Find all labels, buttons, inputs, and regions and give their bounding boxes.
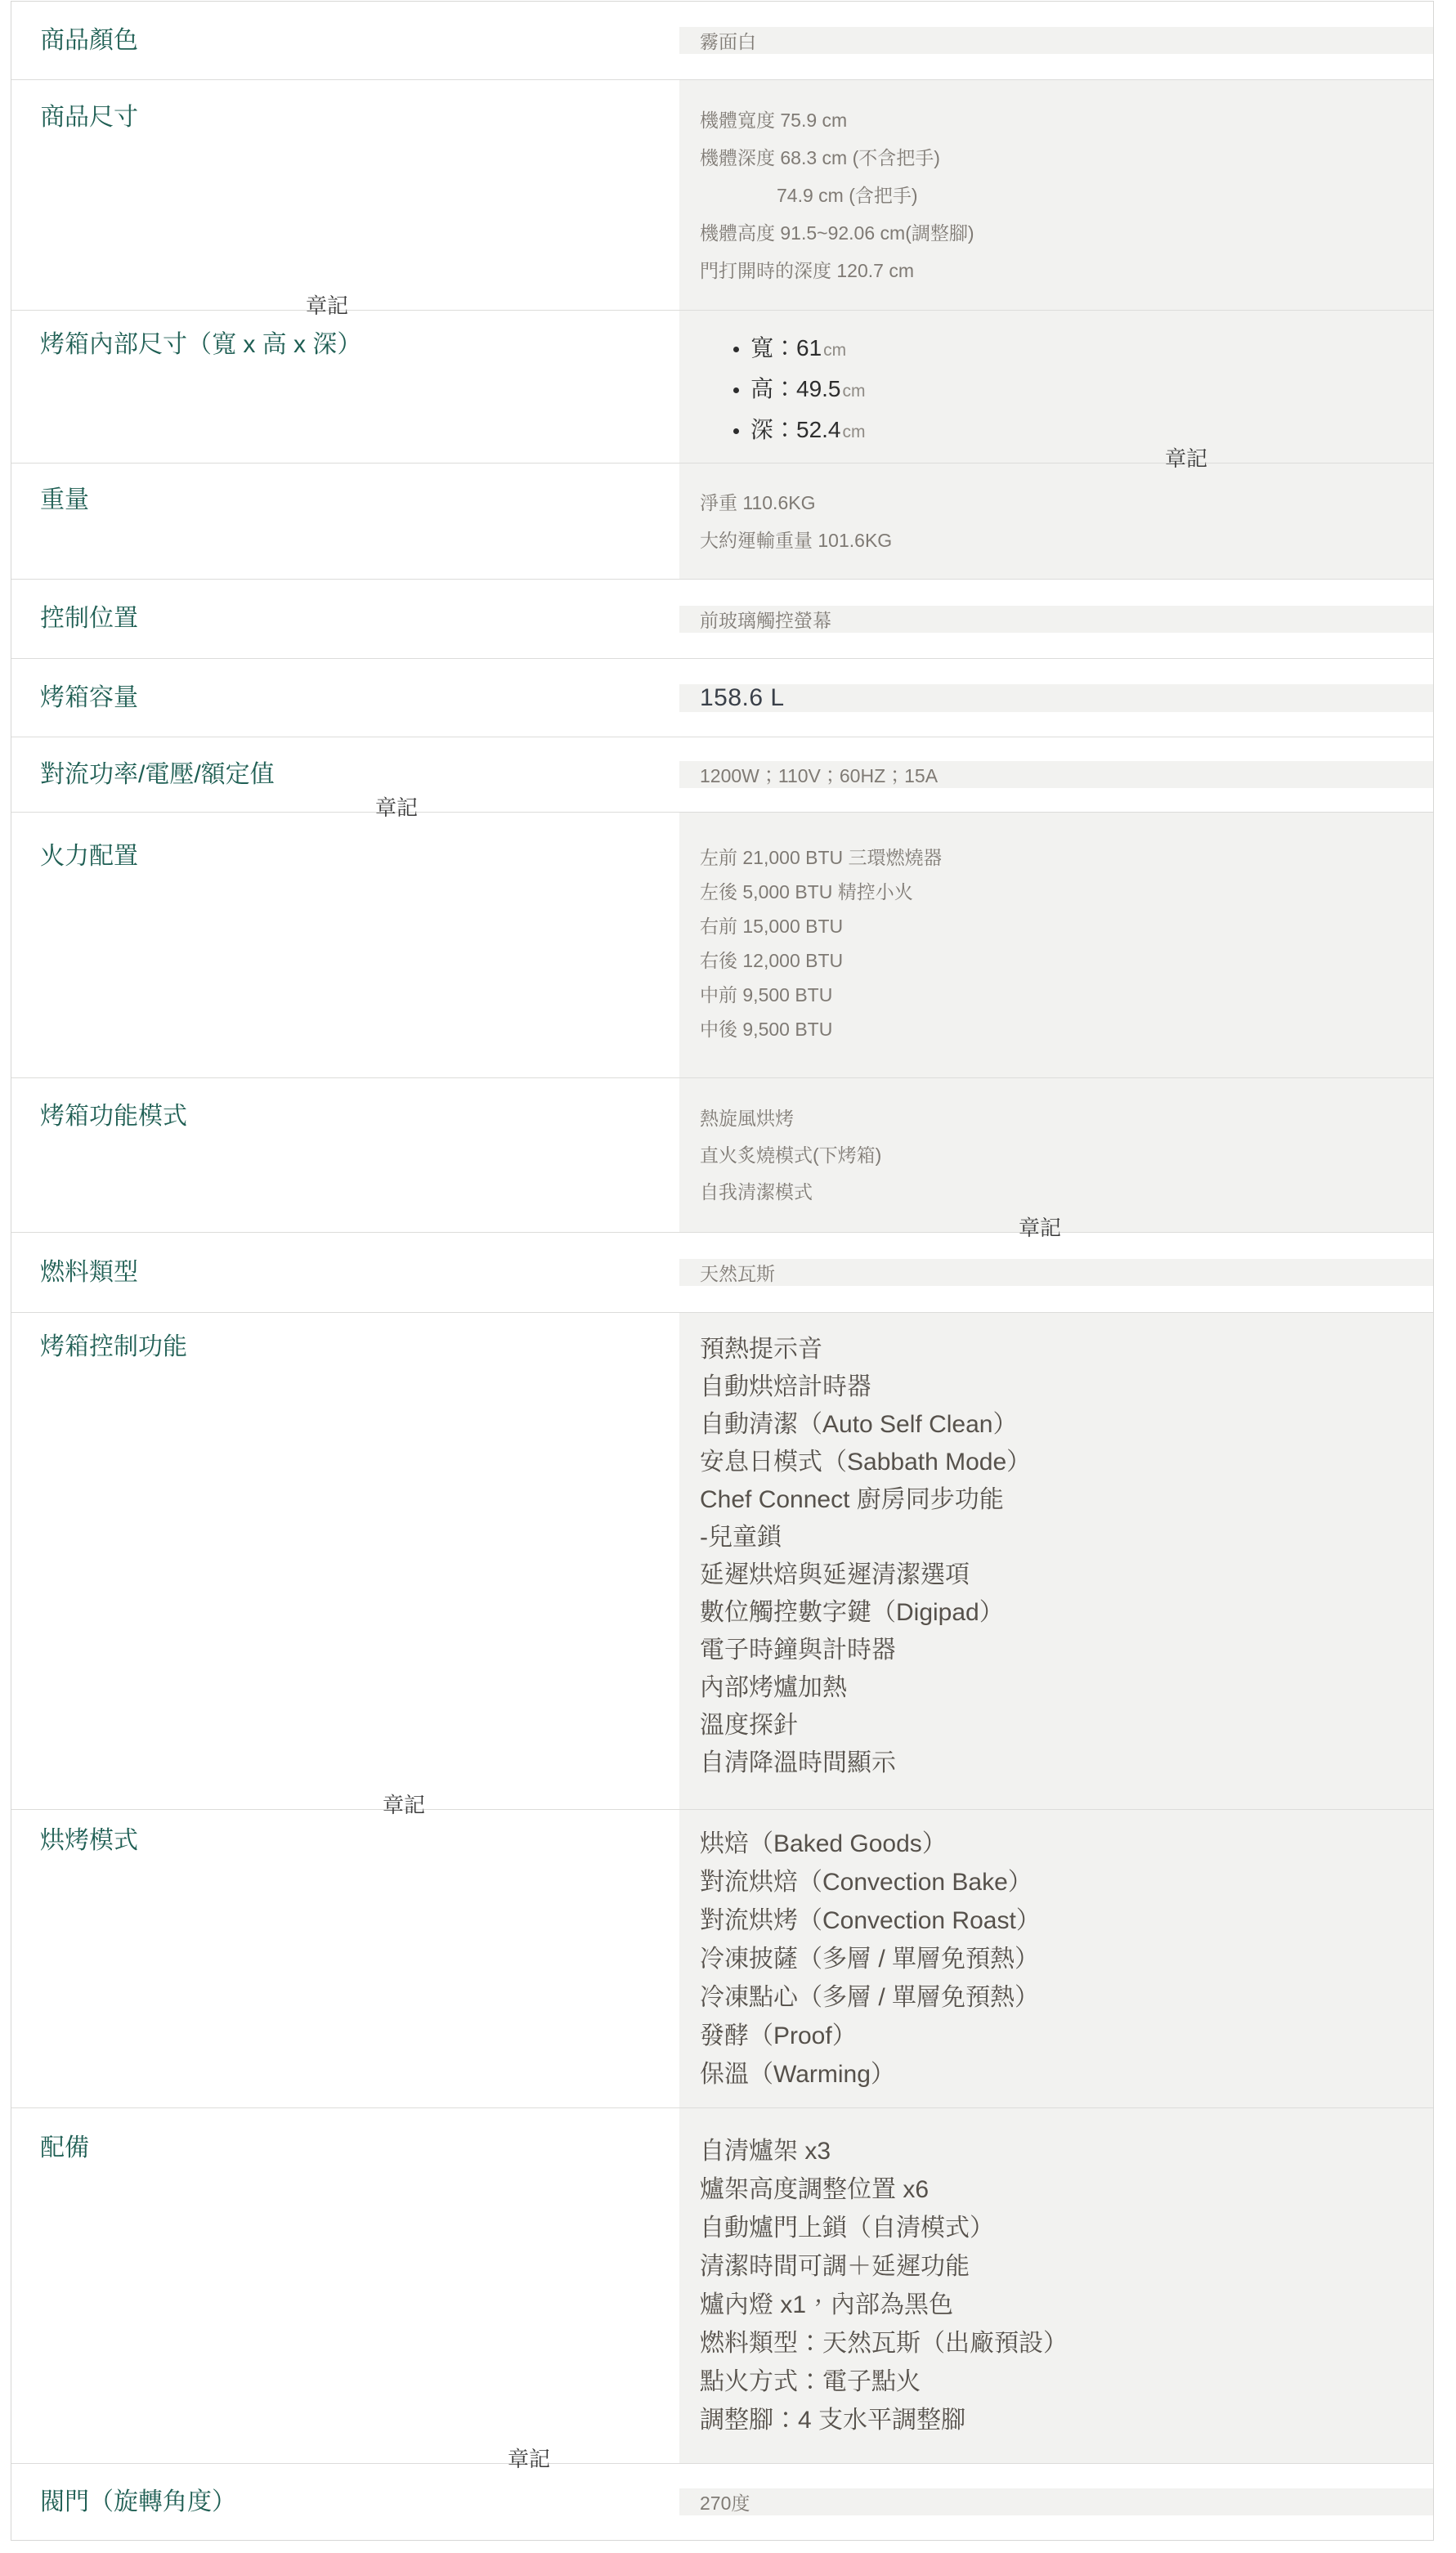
spec-value-cell: 天然瓦斯 [679, 1259, 1433, 1286]
spec-value-line: 淨重 110.6KG [700, 484, 1409, 522]
spec-label-cell: 閥門（旋轉角度） [11, 2486, 679, 2519]
spec-page: 商品顏色霧面白商品尺寸機體寬度 75.9 cm機體深度 68.3 cm (不含把… [0, 0, 1456, 2553]
spec-value-line: 延遲烘焙與延遲清潔選項 [700, 1556, 1409, 1594]
spec-label-cell: 重量 [11, 464, 679, 579]
spec-value: 270度 [700, 2488, 1409, 2515]
spec-value-cell: 左前 21,000 BTU 三環燃燒器左後 5,000 BTU 精控小火右前 1… [679, 813, 1433, 1077]
spec-value-line: 烘焙（Baked Goods） [700, 1825, 1409, 1863]
spec-label-cell: 烤箱功能模式 [11, 1078, 679, 1232]
spec-label-cell: 烘烤模式 [11, 1810, 679, 2107]
spec-value-line: 直火炙燒模式(下烤箱) [700, 1137, 1409, 1174]
spec-value-cell: 機體寬度 75.9 cm機體深度 68.3 cm (不含把手)74.9 cm (… [679, 80, 1433, 310]
spec-value-line: 74.9 cm (含把手) [700, 177, 1409, 214]
spec-row: 燃料類型天然瓦斯 [11, 1233, 1433, 1313]
spec-value-line: Chef Connect 廚房同步功能 [700, 1481, 1409, 1519]
spec-value-line: 清潔時間可調＋延遲功能 [700, 2247, 1409, 2286]
bullet-value: 高：49.5 [750, 376, 841, 401]
spec-value-line: 保溫（Warming） [700, 2055, 1409, 2094]
spec-value-line: 數位觸控數字鍵（Digipad） [700, 1594, 1409, 1632]
spec-value-cell: 158.6 L [679, 684, 1433, 712]
spec-value-line: 爐內燈 x1，內部為黑色 [700, 2286, 1409, 2324]
spec-value-line: 自清降溫時間顯示 [700, 1745, 1409, 1782]
spec-value: 天然瓦斯 [700, 1259, 1409, 1286]
spec-value-line: 對流烘焙（Convection Bake） [700, 1863, 1409, 1901]
spec-label: 控制位置 [40, 605, 138, 632]
spec-label-cell: 商品尺寸 [11, 80, 679, 310]
spec-label: 對流功率/電壓/額定值 [40, 761, 275, 788]
spec-table: 商品顏色霧面白商品尺寸機體寬度 75.9 cm機體深度 68.3 cm (不含把… [11, 1, 1434, 2541]
spec-value-line: 冷凍點心（多層 / 單層免預熱） [700, 1978, 1409, 2017]
spec-row: 對流功率/電壓/額定值1200W；110V；60HZ；15A [11, 737, 1433, 813]
spec-label-cell: 對流功率/電壓/額定值 [11, 759, 679, 791]
spec-row: 烤箱控制功能預熱提示音自動烘焙計時器自動清潔（Auto Self Clean）安… [11, 1313, 1433, 1810]
spec-label-cell: 火力配置 [11, 813, 679, 1077]
spec-value-line: 電子時鐘與計時器 [700, 1632, 1409, 1669]
spec-label: 重量 [40, 486, 89, 513]
spec-row: 商品顏色霧面白 [11, 2, 1433, 80]
spec-label-cell: 配備 [11, 2108, 679, 2463]
bullet-unit: cm [823, 341, 846, 360]
spec-value-line: 發酵（Proof） [700, 2017, 1409, 2055]
spec-value: 霧面白 [700, 27, 1409, 54]
spec-value-line: 自動爐門上鎖（自清模式） [700, 2209, 1409, 2247]
spec-label-cell: 烤箱控制功能 [11, 1313, 679, 1809]
spec-value-line: 自動烘焙計時器 [700, 1368, 1409, 1406]
spec-value-line: 自清爐架 x3 [700, 2132, 1409, 2170]
spec-label: 火力配置 [40, 843, 138, 870]
spec-value-cell: 霧面白 [679, 27, 1433, 54]
spec-value-line: 機體高度 91.5~92.06 cm(調整腳) [700, 214, 1409, 252]
spec-label: 閥門（旋轉角度） [40, 2488, 236, 2515]
spec-value-cell: 1200W；110V；60HZ；15A [679, 761, 1433, 788]
spec-value-line: 燃料類型：天然瓦斯（出廠預設） [700, 2324, 1409, 2363]
bullet-item: 深：52.4cm [750, 410, 1409, 451]
spec-row: 商品尺寸機體寬度 75.9 cm機體深度 68.3 cm (不含把手)74.9 … [11, 80, 1433, 311]
spec-value-line: 自我清潔模式 [700, 1174, 1409, 1211]
spec-value-line: 冷凍披薩（多層 / 單層免預熱） [700, 1940, 1409, 1978]
spec-value-cell: 寬：61cm高：49.5cm深：52.4cm [679, 311, 1433, 463]
spec-value-line: 左後 5,000 BTU 精控小火 [700, 875, 1409, 909]
bullet-unit: cm [843, 382, 866, 401]
spec-value-line: 中前 9,500 BTU [700, 978, 1409, 1012]
spec-value-cell: 270度 [679, 2488, 1433, 2515]
spec-value-line: 熱旋風烘烤 [700, 1100, 1409, 1137]
spec-value-line: 左前 21,000 BTU 三環燃燒器 [700, 840, 1409, 875]
spec-row: 控制位置前玻璃觸控螢幕 [11, 580, 1433, 659]
spec-label: 燃料類型 [40, 1259, 138, 1286]
spec-value-line: 右後 12,000 BTU [700, 943, 1409, 978]
spec-value-line: 機體寬度 75.9 cm [700, 101, 1409, 139]
spec-value-line: 內部烤爐加熱 [700, 1669, 1409, 1707]
spec-value-cell: 淨重 110.6KG大約運輸重量 101.6KG [679, 464, 1433, 579]
spec-value-line: 預熱提示音 [700, 1331, 1409, 1368]
spec-value-line: -兒童鎖 [700, 1519, 1409, 1556]
bullet-item: 寬：61cm [750, 329, 1409, 370]
spec-label: 烤箱內部尺寸（寬 x 高 x 深） [40, 331, 361, 358]
spec-value-line: 對流烘烤（Convection Roast） [700, 1901, 1409, 1940]
spec-value-line: 右前 15,000 BTU [700, 909, 1409, 943]
spec-value: 158.6 L [700, 684, 1409, 712]
spec-value-line: 安息日模式（Sabbath Mode） [700, 1444, 1409, 1481]
spec-value-cell: 預熱提示音自動烘焙計時器自動清潔（Auto Self Clean）安息日模式（S… [679, 1313, 1433, 1809]
spec-value-line: 門打開時的深度 120.7 cm [700, 252, 1409, 289]
bullet-value: 寬：61 [750, 335, 822, 361]
spec-value-line: 調整腳：4 支水平調整腳 [700, 2401, 1409, 2439]
spec-label: 烘烤模式 [40, 1827, 138, 1854]
spec-value: 1200W；110V；60HZ；15A [700, 761, 1409, 788]
spec-label: 烤箱控制功能 [40, 1333, 187, 1360]
spec-row: 火力配置左前 21,000 BTU 三環燃燒器左後 5,000 BTU 精控小火… [11, 813, 1433, 1078]
spec-label-cell: 烤箱容量 [11, 682, 679, 714]
spec-label: 配備 [40, 2134, 89, 2161]
bullet-value: 深：52.4 [750, 417, 841, 442]
spec-value-line: 機體深度 68.3 cm (不含把手) [700, 139, 1409, 177]
spec-row: 烤箱容量158.6 L [11, 659, 1433, 737]
spec-value: 前玻璃觸控螢幕 [700, 606, 1409, 633]
bullet-unit: cm [843, 423, 866, 441]
spec-row: 烤箱功能模式熱旋風烘烤直火炙燒模式(下烤箱)自我清潔模式 [11, 1078, 1433, 1233]
spec-label-cell: 烤箱內部尺寸（寬 x 高 x 深） [11, 311, 679, 463]
spec-value-cell: 熱旋風烘烤直火炙燒模式(下烤箱)自我清潔模式 [679, 1078, 1433, 1232]
spec-label: 商品尺寸 [40, 104, 138, 131]
spec-row: 烘烤模式烘焙（Baked Goods）對流烘焙（Convection Bake）… [11, 1810, 1433, 2108]
spec-value-line: 爐架高度調整位置 x6 [700, 2170, 1409, 2209]
spec-value-line: 點火方式：電子點火 [700, 2363, 1409, 2401]
spec-row: 配備自清爐架 x3爐架高度調整位置 x6自動爐門上鎖（自清模式）清潔時間可調＋延… [11, 2108, 1433, 2464]
dimension-bullet-list: 寬：61cm高：49.5cm深：52.4cm [700, 329, 1409, 451]
spec-label: 商品顏色 [40, 27, 138, 54]
spec-value-line: 自動清潔（Auto Self Clean） [700, 1406, 1409, 1444]
spec-value-line: 大約運輸重量 101.6KG [700, 522, 1409, 559]
bullet-item: 高：49.5cm [750, 370, 1409, 410]
spec-row: 重量淨重 110.6KG大約運輸重量 101.6KG [11, 464, 1433, 580]
spec-value-cell: 烘焙（Baked Goods）對流烘焙（Convection Bake）對流烘烤… [679, 1810, 1433, 2107]
spec-value-cell: 前玻璃觸控螢幕 [679, 606, 1433, 633]
spec-value-line: 中後 9,500 BTU [700, 1012, 1409, 1046]
spec-value-cell: 自清爐架 x3爐架高度調整位置 x6自動爐門上鎖（自清模式）清潔時間可調＋延遲功… [679, 2108, 1433, 2463]
spec-label: 烤箱功能模式 [40, 1103, 187, 1130]
spec-label-cell: 商品顏色 [11, 25, 679, 57]
spec-row: 閥門（旋轉角度）270度 [11, 2464, 1433, 2540]
spec-row: 烤箱內部尺寸（寬 x 高 x 深）寬：61cm高：49.5cm深：52.4cm [11, 311, 1433, 464]
spec-value-line: 溫度探針 [700, 1707, 1409, 1745]
spec-label-cell: 控制位置 [11, 602, 679, 635]
spec-label: 烤箱容量 [40, 684, 138, 711]
spec-label-cell: 燃料類型 [11, 1256, 679, 1289]
